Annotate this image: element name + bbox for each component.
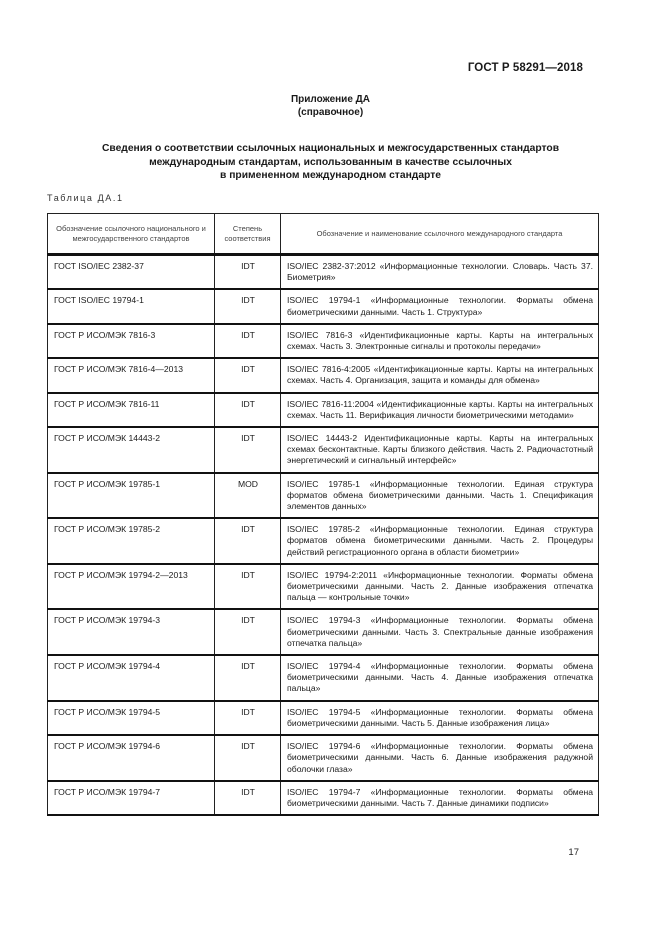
cell-national-standard: ГОСТ Р ИСО/МЭК 7816-11 (48, 393, 215, 427)
table-row: ГОСТ Р ИСО/МЭК 19785-2IDTISO/IEC 19785-2… (48, 518, 599, 564)
cell-degree-of-correspondence: IDT (215, 735, 281, 781)
table-row: ГОСТ Р ИСО/МЭК 19794-6IDTISO/IEC 19794-6… (48, 735, 599, 781)
cell-international-standard: ISO/IEC 19794-3 «Информационные технолог… (281, 609, 599, 655)
appendix-title: Приложение ДА (0, 93, 661, 106)
cell-degree-of-correspondence: IDT (215, 427, 281, 473)
cell-international-standard: ISO/IEC 19785-2 «Информационные технолог… (281, 518, 599, 564)
cell-national-standard: ГОСТ Р ИСО/МЭК 19794-5 (48, 701, 215, 735)
cell-national-standard: ГОСТ Р ИСО/МЭК 14443-2 (48, 427, 215, 473)
cell-national-standard: ГОСТ Р ИСО/МЭК 7816-3 (48, 324, 215, 358)
cell-national-standard: ГОСТ Р ИСО/МЭК 7816-4—2013 (48, 358, 215, 392)
column-header-degree: Степень соответствия (215, 214, 281, 255)
cell-degree-of-correspondence: MOD (215, 473, 281, 519)
cell-national-standard: ГОСТ Р ИСО/МЭК 19794-4 (48, 655, 215, 701)
cell-degree-of-correspondence: IDT (215, 393, 281, 427)
table-row: ГОСТ Р ИСО/МЭК 19785-1MODISO/IEC 19785-1… (48, 473, 599, 519)
cell-degree-of-correspondence: IDT (215, 781, 281, 815)
cell-national-standard: ГОСТ Р ИСО/МЭК 19794-6 (48, 735, 215, 781)
cell-national-standard: ГОСТ ISO/IEC 2382-37 (48, 255, 215, 290)
cell-international-standard: ISO/IEC 7816-3 «Идентификационные карты.… (281, 324, 599, 358)
appendix-heading: Приложение ДА (справочное) (0, 93, 661, 119)
cell-national-standard: ГОСТ ISO/IEC 19794-1 (48, 289, 215, 323)
cell-international-standard: ISO/IEC 19794-2:2011 «Информационные тех… (281, 564, 599, 610)
table-row: ГОСТ Р ИСО/МЭК 19794-4IDTISO/IEC 19794-4… (48, 655, 599, 701)
column-header-national: Обозначение ссылочного национального и м… (48, 214, 215, 255)
cell-degree-of-correspondence: IDT (215, 701, 281, 735)
cell-international-standard: ISO/IEC 14443-2 Идентификационные карты.… (281, 427, 599, 473)
page-number: 17 (568, 847, 579, 858)
document-number: ГОСТ Р 58291—2018 (468, 62, 583, 74)
section-title: Сведения о соответствии ссылочных национ… (0, 142, 661, 183)
cell-international-standard: ISO/IEC 19794-7 «Информационные технолог… (281, 781, 599, 815)
table-row: ГОСТ Р ИСО/МЭК 7816-3IDTISO/IEC 7816-3 «… (48, 324, 599, 358)
table-label: Таблица ДА.1 (47, 193, 124, 203)
section-title-line: Сведения о соответствии ссылочных национ… (0, 142, 661, 156)
table-header-row: Обозначение ссылочного национального и м… (48, 214, 599, 255)
cell-degree-of-correspondence: IDT (215, 655, 281, 701)
table-row: ГОСТ Р ИСО/МЭК 14443-2IDTISO/IEC 14443-2… (48, 427, 599, 473)
cell-international-standard: ISO/IEC 19794-4 «Информационные технолог… (281, 655, 599, 701)
cell-degree-of-correspondence: IDT (215, 289, 281, 323)
cell-national-standard: ГОСТ Р ИСО/МЭК 19785-1 (48, 473, 215, 519)
cell-international-standard: ISO/IEC 7816-11:2004 «Идентификационные … (281, 393, 599, 427)
cell-degree-of-correspondence: IDT (215, 518, 281, 564)
cell-international-standard: ISO/IEC 19794-1 «Информационные технолог… (281, 289, 599, 323)
table-row: ГОСТ Р ИСО/МЭК 19794-2—2013IDTISO/IEC 19… (48, 564, 599, 610)
cell-degree-of-correspondence: IDT (215, 255, 281, 290)
cell-degree-of-correspondence: IDT (215, 358, 281, 392)
cell-international-standard: ISO/IEC 19794-5 «Информационные технолог… (281, 701, 599, 735)
cell-degree-of-correspondence: IDT (215, 564, 281, 610)
cell-international-standard: ISO/IEC 19785-1 «Информационные технолог… (281, 473, 599, 519)
cell-international-standard: ISO/IEC 2382-37:2012 «Информационные тех… (281, 255, 599, 290)
section-title-line: международным стандартам, использованным… (0, 156, 661, 170)
table-row: ГОСТ Р ИСО/МЭК 7816-11IDTISO/IEC 7816-11… (48, 393, 599, 427)
cell-degree-of-correspondence: IDT (215, 324, 281, 358)
standards-correspondence-table: Обозначение ссылочного национального и м… (47, 213, 599, 816)
appendix-subtitle: (справочное) (0, 106, 661, 119)
cell-national-standard: ГОСТ Р ИСО/МЭК 19794-7 (48, 781, 215, 815)
table-row: ГОСТ Р ИСО/МЭК 19794-3IDTISO/IEC 19794-3… (48, 609, 599, 655)
cell-national-standard: ГОСТ Р ИСО/МЭК 19785-2 (48, 518, 215, 564)
table-row: ГОСТ Р ИСО/МЭК 19794-7IDTISO/IEC 19794-7… (48, 781, 599, 815)
cell-international-standard: ISO/IEC 19794-6 «Информационные технолог… (281, 735, 599, 781)
cell-degree-of-correspondence: IDT (215, 609, 281, 655)
table-row: ГОСТ Р ИСО/МЭК 7816-4—2013IDTISO/IEC 781… (48, 358, 599, 392)
table-row: ГОСТ Р ИСО/МЭК 19794-5IDTISO/IEC 19794-5… (48, 701, 599, 735)
cell-international-standard: ISO/IEC 7816-4:2005 «Идентификационные к… (281, 358, 599, 392)
section-title-line: в примененном международном стандарте (0, 169, 661, 183)
table-body: ГОСТ ISO/IEC 2382-37IDTISO/IEC 2382-37:2… (48, 255, 599, 816)
cell-national-standard: ГОСТ Р ИСО/МЭК 19794-3 (48, 609, 215, 655)
table-row: ГОСТ ISO/IEC 2382-37IDTISO/IEC 2382-37:2… (48, 255, 599, 290)
cell-national-standard: ГОСТ Р ИСО/МЭК 19794-2—2013 (48, 564, 215, 610)
table-row: ГОСТ ISO/IEC 19794-1IDTISO/IEC 19794-1 «… (48, 289, 599, 323)
column-header-international: Обозначение и наименование ссылочного ме… (281, 214, 599, 255)
